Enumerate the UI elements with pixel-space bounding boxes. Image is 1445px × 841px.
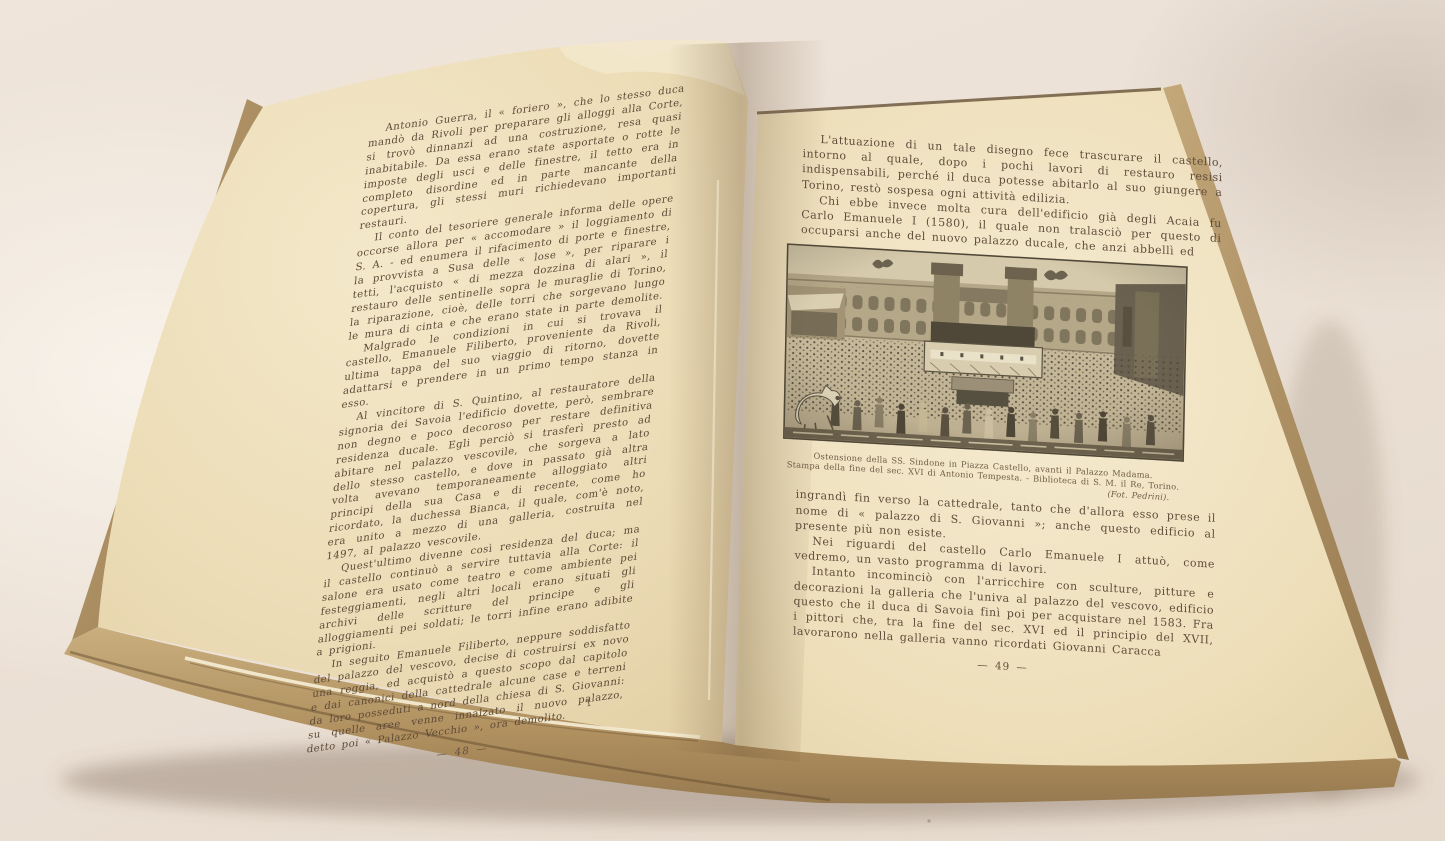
plate-vignette (783, 244, 1188, 463)
engraving-figure (783, 244, 1188, 467)
photo-open-book: Antonio Guerra, il « foriero », che lo s… (0, 0, 1445, 841)
signature-mark: 1 (585, 699, 592, 710)
book (0, 0, 1445, 841)
engraving-illustration (783, 244, 1188, 463)
right-page-text: L'attuazione di un tale disegno fece tra… (792, 131, 1223, 687)
